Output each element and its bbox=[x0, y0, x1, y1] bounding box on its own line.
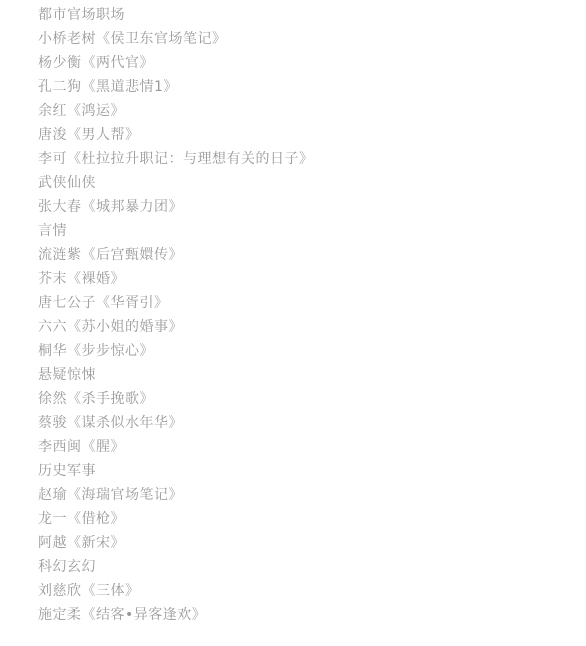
book-entry: 蔡骏《谋杀似水年华》 bbox=[38, 411, 576, 435]
book-entry: 李可《杜拉拉升职记：与理想有关的日子》 bbox=[38, 147, 576, 171]
category-heading: 言情 bbox=[38, 219, 576, 243]
page: { "page": { "background_color": "#ffffff… bbox=[0, 0, 586, 646]
book-entry: 杨少衡《两代官》 bbox=[38, 51, 576, 75]
book-list: 都市官场职场 小桥老树《侯卫东官场笔记》 杨少衡《两代官》 孔二狗《黑道悲情1》… bbox=[0, 0, 586, 627]
book-entry: 张大春《城邦暴力团》 bbox=[38, 195, 576, 219]
book-entry: 赵瑜《海瑞官场笔记》 bbox=[38, 483, 576, 507]
category-heading: 都市官场职场 bbox=[38, 3, 576, 27]
book-entry: 阿越《新宋》 bbox=[38, 531, 576, 555]
book-entry: 李西闽《腥》 bbox=[38, 435, 576, 459]
category-heading: 武侠仙侠 bbox=[38, 171, 576, 195]
book-entry: 施定柔《结客•异客逢欢》 bbox=[38, 603, 576, 627]
book-entry: 六六《苏小姐的婚事》 bbox=[38, 315, 576, 339]
book-entry: 唐七公子《华胥引》 bbox=[38, 291, 576, 315]
book-entry: 桐华《步步惊心》 bbox=[38, 339, 576, 363]
book-entry: 唐浚《男人帮》 bbox=[38, 123, 576, 147]
category-heading: 历史军事 bbox=[38, 459, 576, 483]
book-entry: 刘慈欣《三体》 bbox=[38, 579, 576, 603]
book-entry: 小桥老树《侯卫东官场笔记》 bbox=[38, 27, 576, 51]
book-entry: 芥末《裸婚》 bbox=[38, 267, 576, 291]
category-heading: 悬疑惊悚 bbox=[38, 363, 576, 387]
book-entry: 孔二狗《黑道悲情1》 bbox=[38, 75, 576, 99]
category-heading: 科幻玄幻 bbox=[38, 555, 576, 579]
book-entry: 余红《鸿运》 bbox=[38, 99, 576, 123]
book-entry: 流涟紫《后宫甄嬛传》 bbox=[38, 243, 576, 267]
book-entry: 徐然《杀手挽歌》 bbox=[38, 387, 576, 411]
book-entry: 龙一《借枪》 bbox=[38, 507, 576, 531]
